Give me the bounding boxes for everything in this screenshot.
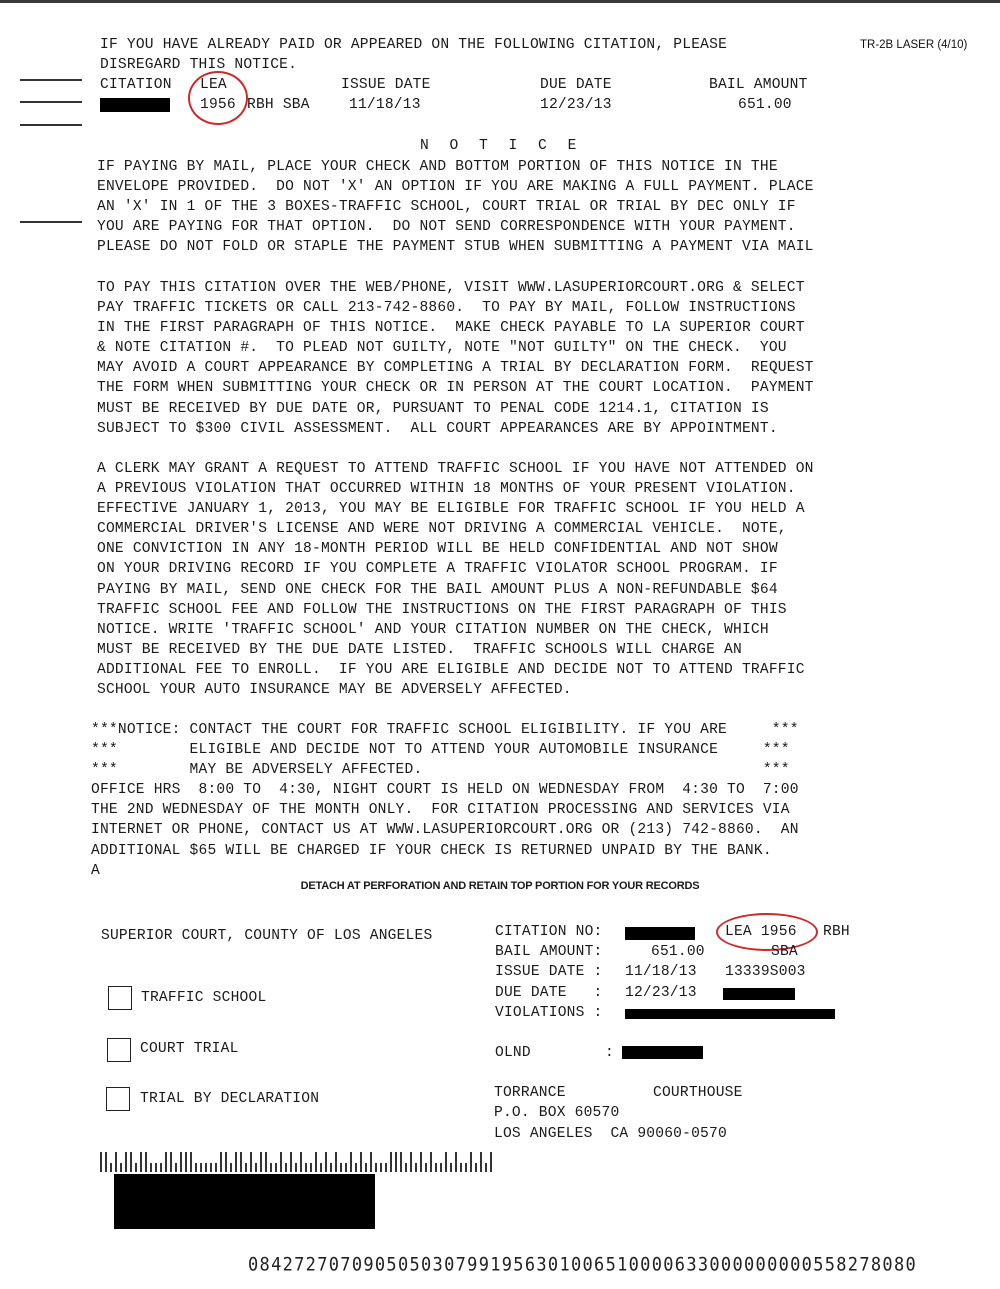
stub-issue-date: 11/18/13 [625, 964, 697, 980]
court-trial-label: COURT TRIAL [140, 1041, 239, 1057]
barcode-bar [250, 1152, 252, 1172]
violations-label: VIOLATIONS : [495, 1005, 603, 1021]
barcode-bar [190, 1152, 192, 1172]
barcode-bar [185, 1152, 187, 1172]
barcode-bar [395, 1152, 397, 1172]
olnd-colon: : [605, 1045, 614, 1061]
barcode-bar [220, 1152, 222, 1172]
citation-number-redacted [100, 98, 170, 112]
postal-barcode [100, 1150, 492, 1172]
lea-annotation-circle [188, 71, 248, 125]
barcode-bar [320, 1163, 322, 1172]
paragraph-line: IN THE FIRST PARAGRAPH OF THIS NOTICE. M… [97, 318, 814, 338]
paragraph-line: TO PAY THIS CITATION OVER THE WEB/PHONE,… [97, 278, 814, 298]
barcode-bar [425, 1163, 427, 1172]
paragraph-line: COMMERCIAL DRIVER'S LICENSE AND WERE NOT… [97, 519, 814, 539]
barcode-bar [130, 1152, 132, 1172]
barcode-bar [120, 1163, 122, 1172]
barcode-bar [420, 1152, 422, 1172]
trial-by-declaration-checkbox[interactable] [106, 1087, 130, 1111]
barcode-bar [325, 1152, 327, 1172]
paragraph-line: ON YOUR DRIVING RECORD IF YOU COMPLETE A… [97, 559, 814, 579]
barcode-bar [345, 1163, 347, 1172]
scan-top-edge [0, 0, 1000, 3]
barcode-bar [360, 1152, 362, 1172]
barcode-bar [155, 1163, 157, 1172]
city-state-zip: LOS ANGELES CA 90060-0570 [494, 1126, 727, 1142]
barcode-bar [400, 1152, 402, 1172]
barcode-bar [135, 1163, 137, 1172]
paragraph-line: MUST BE RECEIVED BY THE DUE DATE LISTED.… [97, 640, 814, 660]
column-bail-amount: BAIL AMOUNT [709, 77, 808, 93]
column-citation: CITATION [100, 77, 172, 93]
form-code: TR-2B LASER (4/10) [860, 39, 967, 51]
barcode-bar [215, 1163, 217, 1172]
margin-mark [20, 221, 82, 223]
paragraph-line: *** MAY BE ADVERSELY AFFECTED. *** [91, 760, 799, 780]
due-date-value: 12/23/13 [540, 97, 612, 113]
barcode-bar [490, 1152, 492, 1172]
barcode-bar [180, 1152, 182, 1172]
barcode-bar [210, 1163, 212, 1172]
paragraph-line: PAYING BY MAIL, SEND ONE CHECK FOR THE B… [97, 580, 814, 600]
barcode-bar [460, 1163, 462, 1172]
barcode-bar [295, 1163, 297, 1172]
stub-lea-suffix: RBH [823, 924, 850, 940]
barcode-bar [350, 1152, 352, 1172]
paragraph-line: ADDITIONAL FEE TO ENROLL. IF YOU ARE ELI… [97, 660, 814, 680]
margin-mark [20, 79, 82, 81]
barcode-bar [235, 1152, 237, 1172]
barcode-bar [175, 1163, 177, 1172]
citation-no-label: CITATION NO: [495, 924, 603, 940]
barcode-bar [160, 1163, 162, 1172]
traffic-school-label: TRAFFIC SCHOOL [141, 990, 266, 1006]
barcode-bar [240, 1152, 242, 1172]
barcode-bar [245, 1163, 247, 1172]
paragraph-office-hours: ***NOTICE: CONTACT THE COURT FOR TRAFFIC… [91, 720, 799, 881]
barcode-bar [430, 1152, 432, 1172]
barcode-bar [330, 1163, 332, 1172]
paragraph-traffic-school: A CLERK MAY GRANT A REQUEST TO ATTEND TR… [97, 459, 814, 700]
po-box: P.O. BOX 60570 [494, 1105, 619, 1121]
barcode-bar [365, 1163, 367, 1172]
barcode-bar [445, 1152, 447, 1172]
paragraph-line: ONE CONVICTION IN ANY 18-MONTH PERIOD WI… [97, 539, 814, 559]
barcode-bar [470, 1152, 472, 1172]
paragraph-line: YOU ARE PAYING FOR THAT OPTION. DO NOT S… [97, 217, 814, 237]
barcode-bar [110, 1163, 112, 1172]
paragraph-line: PLEASE DO NOT FOLD OR STAPLE THE PAYMENT… [97, 237, 814, 257]
barcode-bar [115, 1152, 117, 1172]
paragraph-line: & NOTE CITATION #. TO PLEAD NOT GUILTY, … [97, 338, 814, 358]
barcode-bar [385, 1163, 387, 1172]
barcode-bar [140, 1152, 142, 1172]
barcode-bar [260, 1152, 262, 1172]
paragraph-line: ***NOTICE: CONTACT THE COURT FOR TRAFFIC… [91, 720, 799, 740]
stub-citation-number-redacted [625, 927, 695, 940]
stub-due-date: 12/23/13 [625, 985, 697, 1001]
stub-bail-amount: 651.00 [651, 944, 705, 960]
barcode-bar [285, 1163, 287, 1172]
barcode-bar [335, 1152, 337, 1172]
barcode-bar [340, 1163, 342, 1172]
stub-lea-annotation-circle [716, 913, 818, 951]
notice-title: N O T I C E [420, 138, 582, 154]
barcode-bar [275, 1163, 277, 1172]
paragraph-line: AN 'X' IN 1 OF THE 3 BOXES-TRAFFIC SCHOO… [97, 197, 814, 217]
paragraph-line: NOTICE. WRITE 'TRAFFIC SCHOOL' AND YOUR … [97, 620, 814, 640]
barcode-bar [390, 1152, 392, 1172]
barcode-bar [370, 1152, 372, 1172]
header-line-2: DISREGARD THIS NOTICE. [100, 57, 297, 73]
barcode-bar [100, 1152, 102, 1172]
olnd-redacted [622, 1046, 703, 1059]
paragraph-line: TRAFFIC SCHOOL FEE AND FOLLOW THE INSTRU… [97, 600, 814, 620]
barcode-bar [125, 1152, 127, 1172]
barcode-bar [170, 1152, 172, 1172]
paragraph-line: ADDITIONAL $65 WILL BE CHARGED IF YOUR C… [91, 841, 799, 861]
paragraph-line: ENVELOPE PROVIDED. DO NOT 'X' AN OPTION … [97, 177, 814, 197]
stub-issue-code: 13339S003 [725, 964, 806, 980]
barcode-bar [455, 1152, 457, 1172]
paragraph-line: IF PAYING BY MAIL, PLACE YOUR CHECK AND … [97, 157, 814, 177]
stub-sba: SBA [771, 944, 798, 960]
barcode-bar [255, 1163, 257, 1172]
paragraph-mail-instructions: IF PAYING BY MAIL, PLACE YOUR CHECK AND … [97, 157, 814, 257]
paragraph-line: THE FORM WHEN SUBMITTING YOUR CHECK OR I… [97, 378, 814, 398]
margin-mark [20, 101, 82, 103]
barcode-bar [465, 1163, 467, 1172]
detach-instruction: DETACH AT PERFORATION AND RETAIN TOP POR… [0, 880, 1000, 892]
court-trial-checkbox[interactable] [107, 1038, 131, 1062]
barcode-bar [300, 1152, 302, 1172]
barcode-bar [315, 1152, 317, 1172]
paragraph-line: A PREVIOUS VIOLATION THAT OCCURRED WITHI… [97, 479, 814, 499]
traffic-school-checkbox[interactable] [108, 986, 132, 1010]
barcode-bar [475, 1163, 477, 1172]
paragraph-line: SUBJECT TO $300 CIVIL ASSESSMENT. ALL CO… [97, 419, 814, 439]
margin-mark [20, 124, 82, 126]
barcode-bar [165, 1152, 167, 1172]
due-date-extra-redacted [723, 988, 795, 1000]
trial-by-declaration-label: TRIAL BY DECLARATION [140, 1091, 319, 1107]
courthouse-name: TORRANCE [494, 1085, 566, 1101]
bail-amount-value: 651.00 [738, 97, 792, 113]
barcode-bar [265, 1152, 267, 1172]
issue-date-label: ISSUE DATE : [495, 964, 603, 980]
paragraph-web-payment: TO PAY THIS CITATION OVER THE WEB/PHONE,… [97, 278, 814, 439]
paragraph-line: A CLERK MAY GRANT A REQUEST TO ATTEND TR… [97, 459, 814, 479]
paragraph-line: THE 2ND WEDNESDAY OF THE MONTH ONLY. FOR… [91, 800, 799, 820]
barcode-bar [480, 1152, 482, 1172]
barcode-bar [380, 1163, 382, 1172]
barcode-bar [485, 1163, 487, 1172]
paragraph-line: INTERNET OR PHONE, CONTACT US AT WWW.LAS… [91, 820, 799, 840]
barcode-bar [310, 1163, 312, 1172]
address-redacted [114, 1174, 375, 1229]
barcode-bar [355, 1163, 357, 1172]
courthouse-label: COURTHOUSE [653, 1085, 743, 1101]
header-line-1: IF YOU HAVE ALREADY PAID OR APPEARED ON … [100, 37, 727, 53]
column-issue-date: ISSUE DATE [341, 77, 431, 93]
barcode-bar [150, 1163, 152, 1172]
olnd-label: OLND [495, 1045, 531, 1061]
barcode-bar [200, 1163, 202, 1172]
barcode-bar [225, 1152, 227, 1172]
barcode-bar [405, 1163, 407, 1172]
barcode-bar [450, 1163, 452, 1172]
paragraph-line: PAY TRAFFIC TICKETS OR CALL 213-742-8860… [97, 298, 814, 318]
lea-suffix: RBH SBA [247, 97, 310, 113]
paragraph-line: A [91, 861, 799, 881]
column-due-date: DUE DATE [540, 77, 612, 93]
paragraph-line: SCHOOL YOUR AUTO INSURANCE MAY BE ADVERS… [97, 680, 814, 700]
court-name: SUPERIOR COURT, COUNTY OF LOS ANGELES [101, 928, 432, 944]
barcode-bar [375, 1163, 377, 1172]
ocr-scan-line: 0842727070905050307991956301006510000633… [248, 1254, 917, 1276]
barcode-bar [410, 1152, 412, 1172]
barcode-bar [205, 1163, 207, 1172]
barcode-bar [305, 1163, 307, 1172]
barcode-bar [415, 1163, 417, 1172]
barcode-bar [280, 1152, 282, 1172]
barcode-bar [145, 1152, 147, 1172]
due-date-label: DUE DATE : [495, 985, 603, 1001]
barcode-bar [230, 1163, 232, 1172]
barcode-bar [440, 1163, 442, 1172]
barcode-bar [195, 1163, 197, 1172]
paragraph-line: MUST BE RECEIVED BY DUE DATE OR, PURSUAN… [97, 399, 814, 419]
paragraph-line: OFFICE HRS 8:00 TO 4:30, NIGHT COURT IS … [91, 780, 799, 800]
barcode-bar [105, 1152, 107, 1172]
barcode-bar [435, 1163, 437, 1172]
violations-redacted [625, 1009, 835, 1019]
issue-date-value: 11/18/13 [349, 97, 421, 113]
paragraph-line: *** ELIGIBLE AND DECIDE NOT TO ATTEND YO… [91, 740, 799, 760]
barcode-bar [270, 1163, 272, 1172]
paragraph-line: MAY AVOID A COURT APPEARANCE BY COMPLETI… [97, 358, 814, 378]
barcode-bar [290, 1152, 292, 1172]
paragraph-line: EFFECTIVE JANUARY 1, 2013, YOU MAY BE EL… [97, 499, 814, 519]
bail-amount-label: BAIL AMOUNT: [495, 944, 603, 960]
